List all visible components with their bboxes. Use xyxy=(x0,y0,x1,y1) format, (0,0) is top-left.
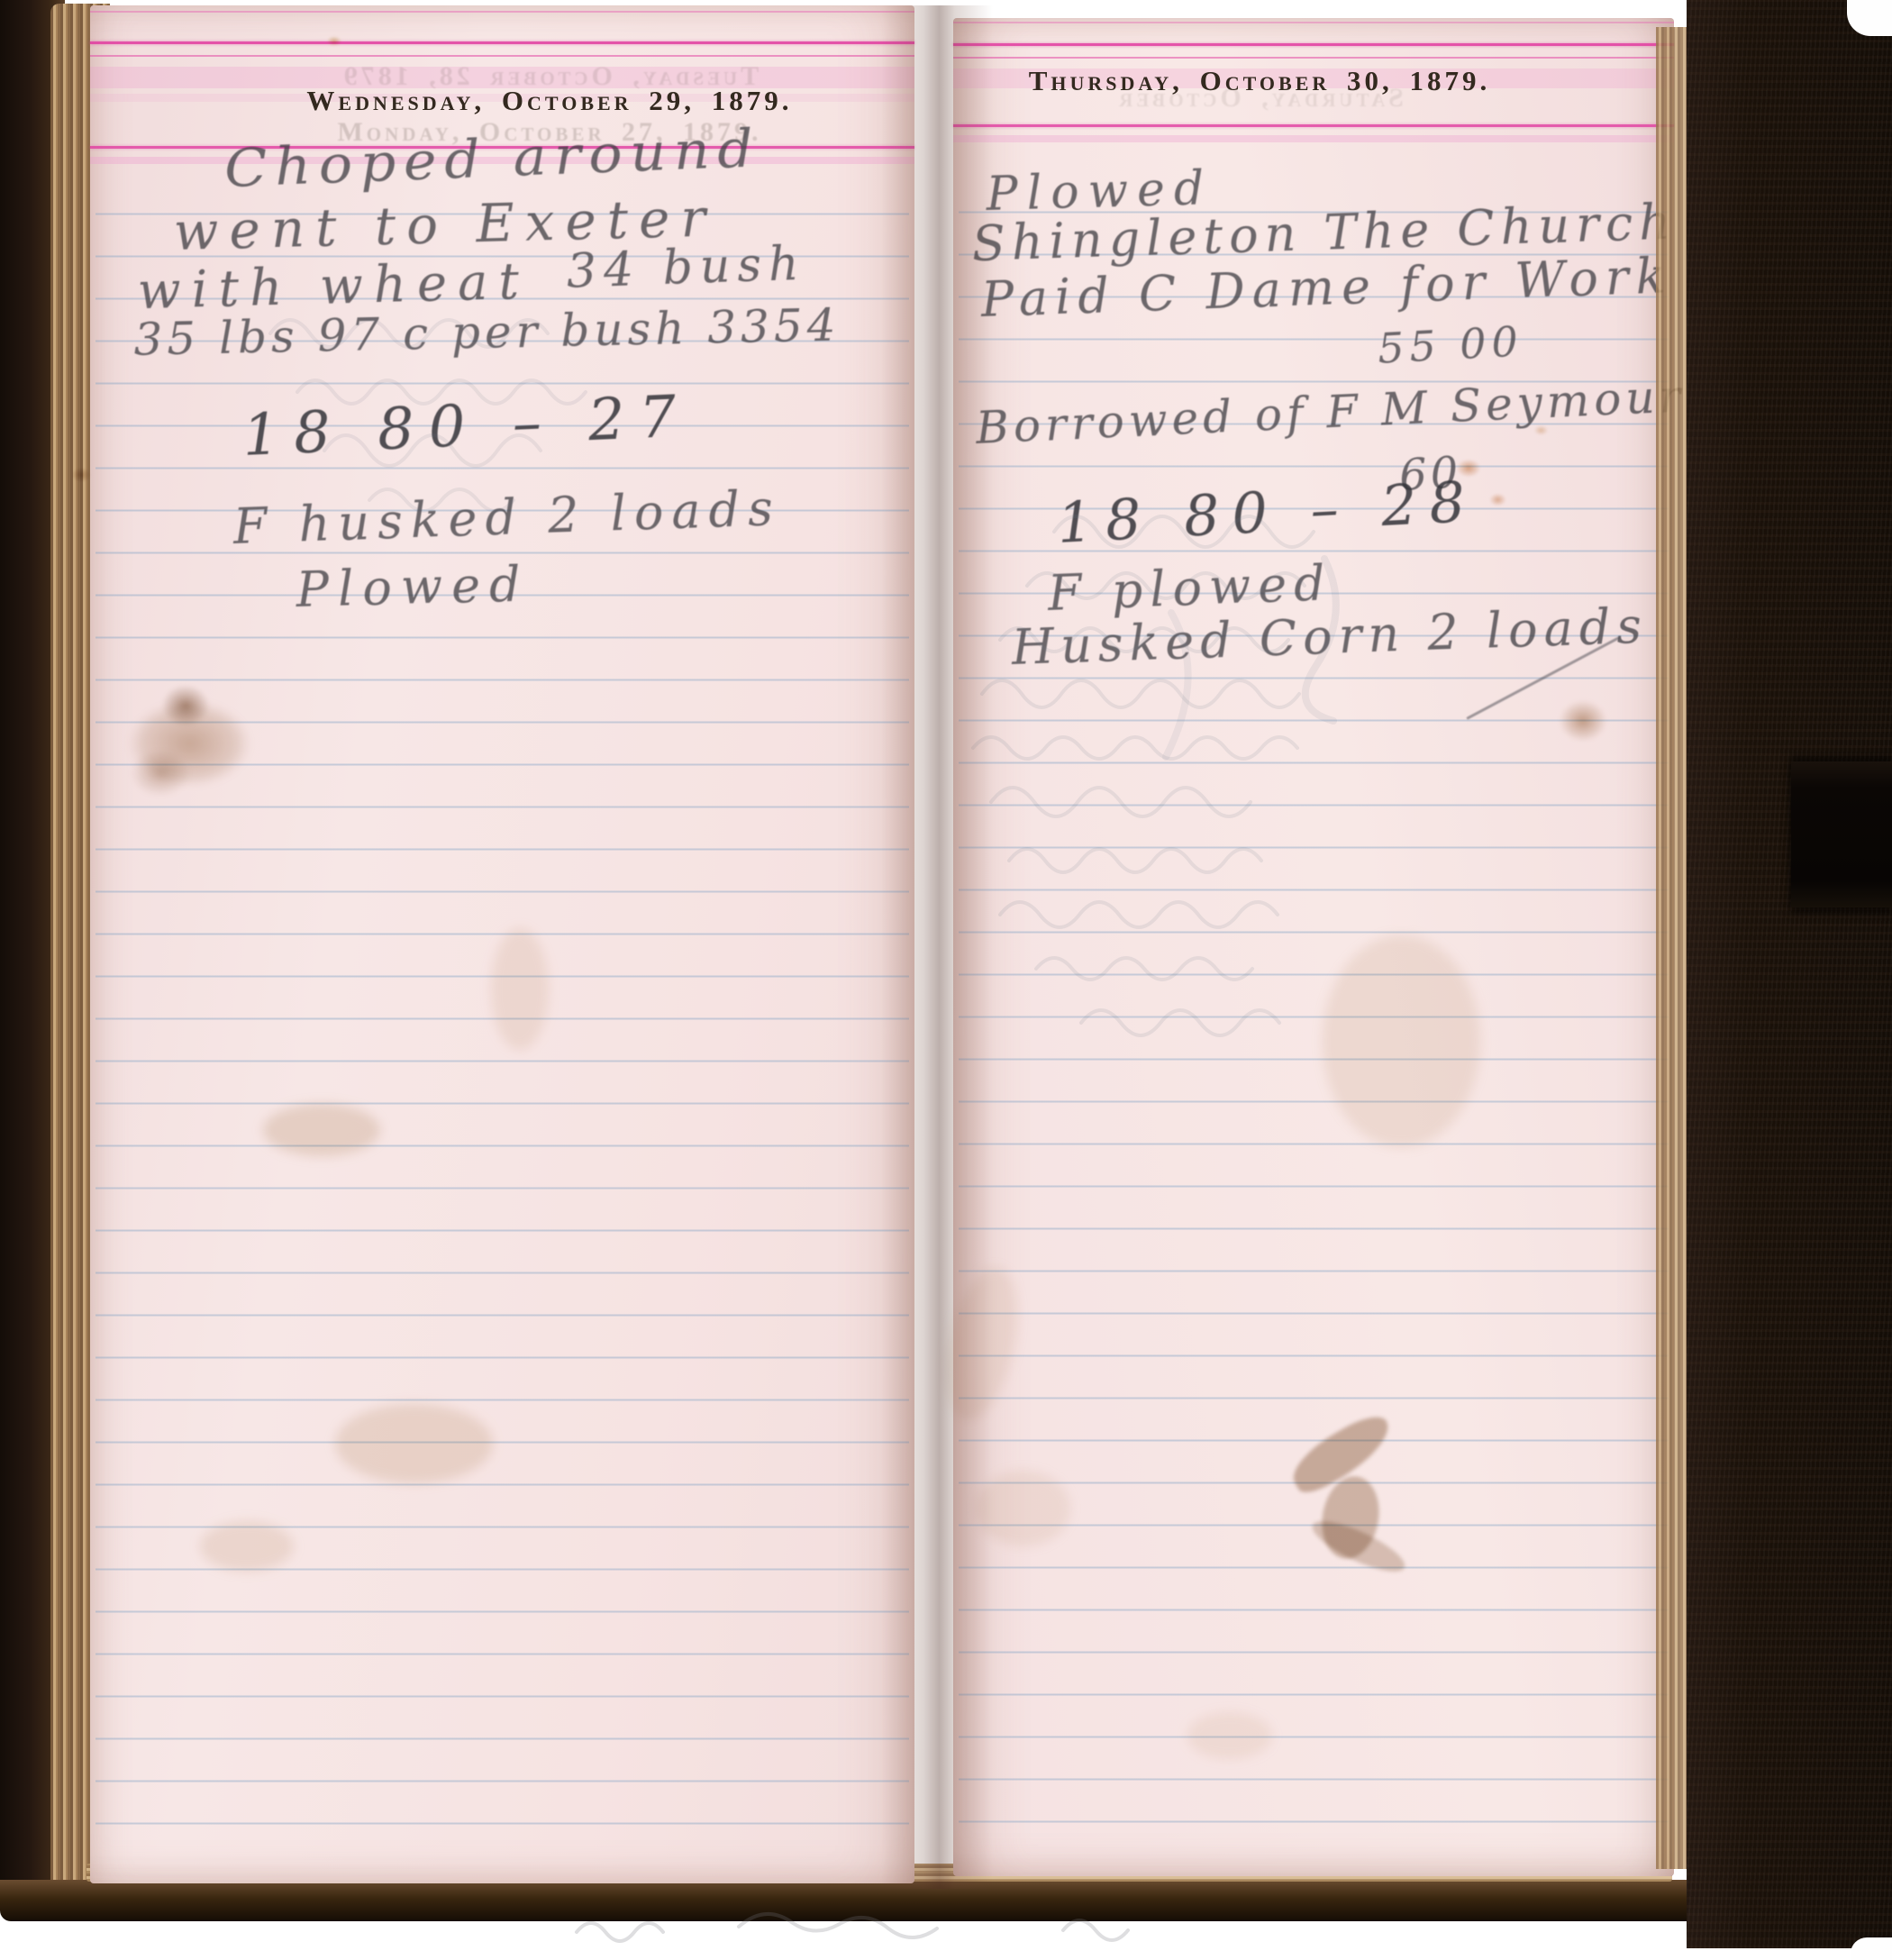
date-header-right: Thursday, October 30, 1879. xyxy=(980,65,1539,97)
handwriting-line: 34 bush xyxy=(566,241,806,296)
pink-rule xyxy=(90,41,914,44)
book-cover-right xyxy=(1687,0,1892,1948)
book-bottom-edge xyxy=(0,1880,1697,1921)
handwriting-line: Plowed xyxy=(296,560,530,615)
book-scan: Tuesday, October 28, 1879 Monday, Octobe… xyxy=(0,0,1892,1960)
pink-rule xyxy=(90,55,914,57)
pink-rule xyxy=(953,124,1674,127)
pink-rule xyxy=(953,57,1674,59)
pink-rule xyxy=(953,43,1674,46)
date-header-left: Wednesday, October 29, 1879. xyxy=(207,85,892,117)
handwriting-line: 55 00 xyxy=(1377,321,1524,369)
cover-strap xyxy=(1791,761,1892,907)
pink-rule xyxy=(90,11,914,13)
handwriting-line: 35 lbs 97 c per bush 3354 xyxy=(133,303,841,362)
pink-rule-faint xyxy=(953,135,1674,142)
scanner-corner xyxy=(1851,1937,1892,1960)
scanner-background: { "document_type": "scanned diary spread… xyxy=(0,0,1892,1960)
pink-rule xyxy=(953,22,1674,23)
